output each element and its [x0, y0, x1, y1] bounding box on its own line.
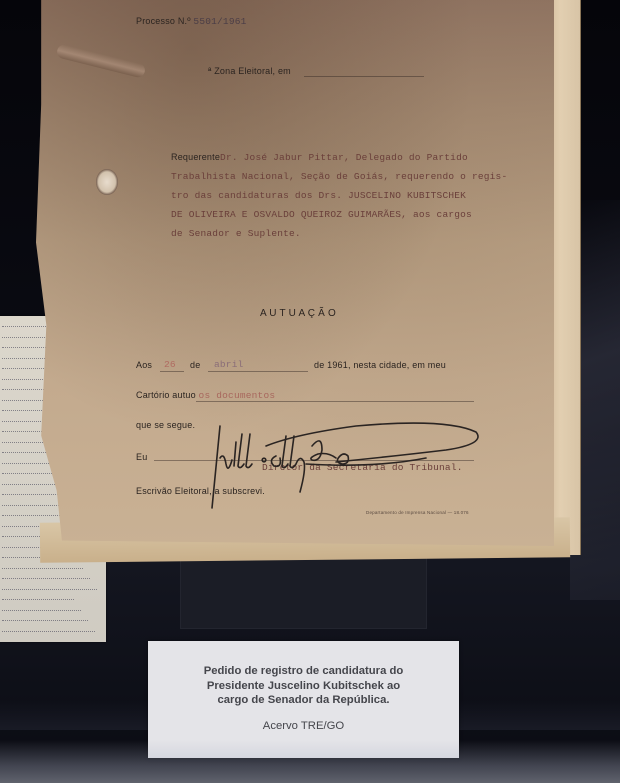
caption-line-1: Pedido de registro de candidatura do: [148, 664, 459, 679]
zone-rule: [304, 76, 424, 77]
petition-line-1: RequerenteDr. José Jabur Pittar, Delegad…: [171, 152, 468, 163]
handwriting-stroke: [2, 589, 97, 591]
printer-footer: Departamento de Imprensa Nacional — 18.0…: [366, 510, 469, 515]
month-value: abril: [214, 359, 244, 370]
aos-label: Aos: [136, 360, 152, 370]
paper-hole: [96, 169, 118, 195]
label-credit: Acervo TRE/GO: [148, 720, 459, 732]
petition-line-2: Trabalhista Nacional, Seção de Goiás, re…: [171, 171, 507, 182]
handwriting-stroke: [2, 610, 81, 612]
zone-line: ª Zona Eleitoral, em: [208, 66, 291, 76]
handwritten-signature-icon: [176, 420, 496, 510]
handwriting-stroke: [2, 578, 90, 580]
process-number-line: Processo N.º 5501/1961: [136, 16, 247, 27]
cartorio-value: os documentos: [199, 390, 276, 401]
handwriting-stroke: [2, 631, 95, 633]
section-title: A U T U A Ç Ã O: [260, 308, 336, 319]
day-value: 26: [164, 359, 176, 370]
petition-label: Requerente: [171, 152, 220, 162]
day-rule: [160, 371, 184, 372]
month-rule: [208, 371, 308, 372]
cartorio-rule: [196, 401, 474, 402]
paper-crease: [56, 43, 147, 78]
caption-line-2: Presidente Juscelino Kubitschek ao: [148, 679, 459, 694]
caption-line-3: cargo de Senador da República.: [148, 693, 459, 708]
cartorio-line: Cartório autuo os documentos: [136, 390, 275, 401]
handwriting-stroke: [2, 620, 88, 622]
petition-line-5: de Senador e Suplente.: [171, 228, 301, 239]
de-label: de: [190, 360, 200, 370]
eu-label: Eu: [136, 452, 147, 462]
handwriting-stroke: [2, 568, 83, 570]
process-label: Processo N.º: [136, 16, 191, 26]
label-caption: Pedido de registro de candidatura do Pre…: [148, 664, 459, 708]
year-value: 1961: [327, 360, 348, 370]
petition-line-3: tro das candidaturas dos Drs. JUSCELINO …: [171, 190, 466, 201]
process-number: 5501/1961: [193, 16, 246, 27]
display-stand: [180, 552, 427, 629]
petition-line-4: DE OLIVEIRA E OSVALDO QUEIROZ GUIMARÃES,…: [171, 209, 472, 220]
year-line: de 1961, nesta cidade, em meu: [314, 360, 446, 370]
handwriting-stroke: [2, 599, 74, 601]
glass-glare: [0, 740, 620, 783]
